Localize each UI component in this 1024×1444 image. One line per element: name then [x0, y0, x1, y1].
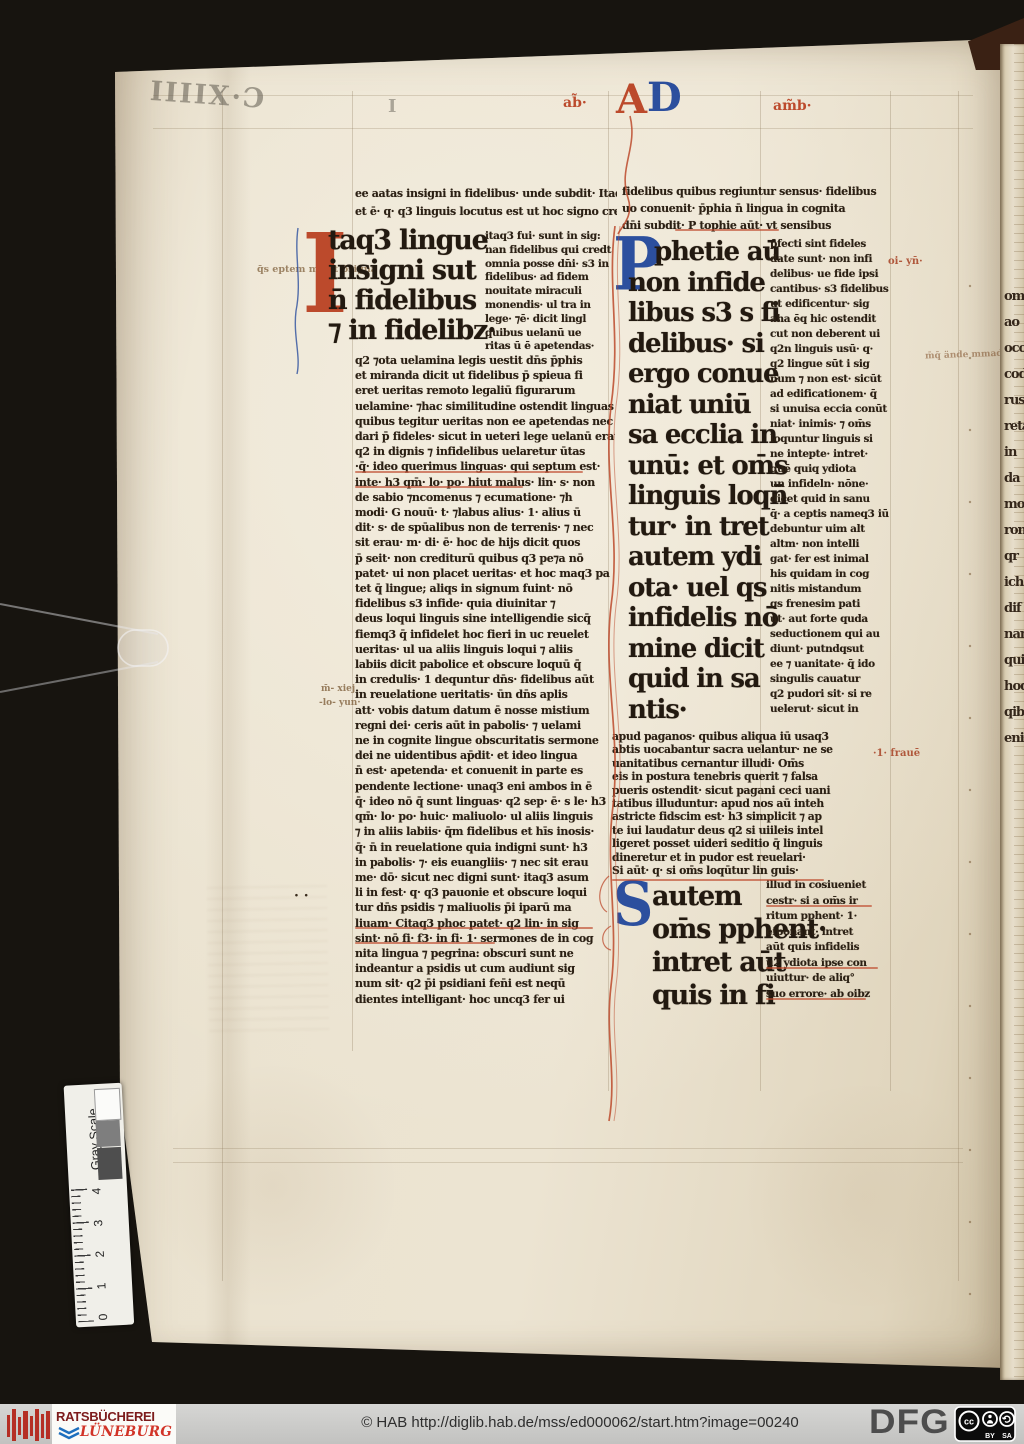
- copyright-url-text: © HAB http://diglib.hab.de/mss/ed000062/…: [290, 1414, 870, 1431]
- cc-license-badge: cc BY SA: [954, 1406, 1016, 1442]
- rubric-underline: [675, 229, 779, 231]
- svg-text:SA: SA: [1002, 1433, 1012, 1440]
- rubric-underline: [766, 998, 866, 1000]
- ruler-strip: Gray Scale 43210: [64, 1083, 135, 1328]
- running-title-left: ab̃·: [563, 95, 587, 111]
- rubric-underline: [766, 967, 878, 969]
- rubric-underline: [355, 927, 593, 929]
- ruler-numbers: 43210: [93, 1184, 107, 1324]
- running-title-right: am̃b·: [773, 98, 812, 114]
- pricking-marks: [968, 250, 972, 1300]
- ruling-line: [173, 1148, 963, 1149]
- gloss-main-left: q2 ⁊ota uelamina legis uestit dn̄s p̄phi…: [355, 353, 615, 1007]
- ruler-major-ticks: [71, 1189, 94, 1323]
- gloss-middle: apud paganos· quibus aliqua iū usaq3abti…: [612, 730, 892, 877]
- manuscript-page: IIIIX·Ɔ I ab̃· A D am̃b· q̄s eptem morit…: [113, 36, 1007, 1370]
- rubric-underline: [355, 486, 523, 488]
- gloss-right-column: p̄fecti sint fidelesdate sunt· non infid…: [770, 237, 904, 717]
- margin-citation-1: m̄- xiej: [321, 684, 355, 694]
- ruling-line: [958, 91, 959, 1281]
- margin-dots: · ·: [294, 888, 309, 904]
- svg-text:BY: BY: [985, 1433, 995, 1440]
- gray-patch-white: [94, 1088, 122, 1121]
- dfg-logo: DFG: [869, 1403, 950, 1442]
- ruling-line: [222, 91, 223, 1281]
- rubric-underline: [355, 471, 583, 473]
- ruling-line: [173, 1162, 963, 1163]
- library-bars-icon: [6, 1407, 50, 1443]
- plexiglass-clip: [0, 578, 176, 712]
- catch-mark: I: [388, 96, 396, 117]
- gray-patch-dark: [97, 1147, 123, 1180]
- open-book-icon: [58, 1425, 80, 1441]
- gloss-bottom-right: illud in cosiuenietcestr· si a om̄s irri…: [766, 878, 890, 1002]
- lemma-text-left: taq3 lingueinsigni sutn̄ fidelibus⁊ in f…: [328, 226, 495, 346]
- next-folio-edge: omaoococodrusteretain damorromqrichdifna…: [1000, 44, 1024, 1380]
- gloss-top-left: ee aatas insigni in fidelibus· unde subd…: [355, 185, 617, 221]
- rubric-underline: [355, 942, 495, 944]
- filigree-bar: [591, 226, 631, 1126]
- title-flourish: [608, 108, 668, 238]
- library-logo: RATSBÜCHEREI LÜNEBURG: [52, 1404, 176, 1444]
- library-name-line2: LÜNEBURG: [80, 1424, 172, 1440]
- footer-bar: RATSBÜCHEREI LÜNEBURG © HAB http://digli…: [0, 1404, 1024, 1444]
- rubric-underline: [766, 905, 872, 907]
- gray-patch-mid: [95, 1120, 120, 1147]
- initial-flourish-blue: [291, 226, 305, 376]
- lemma-text-right: phetie aūnon infidelibus s3 s fidelibus·…: [628, 237, 787, 725]
- next-folio-text-sliver: omaoococodrusteretain damorromqrichdifna…: [1004, 284, 1024, 752]
- show-through-text: [207, 885, 330, 1037]
- digitized-manuscript-photo: IIIIX·Ɔ I ab̃· A D am̃b· q̄s eptem morit…: [0, 0, 1024, 1444]
- cc-logo-icon: cc: [964, 1417, 974, 1427]
- parchment-stain: [143, 1066, 403, 1306]
- grayscale-ruler: Gray Scale 43210: [50, 1080, 151, 1334]
- ruling-line: [153, 128, 973, 129]
- library-name-line1: RATSBÜCHEREI: [56, 1409, 155, 1424]
- rubric-underline: [612, 879, 824, 881]
- parchment-stain: [733, 1086, 993, 1306]
